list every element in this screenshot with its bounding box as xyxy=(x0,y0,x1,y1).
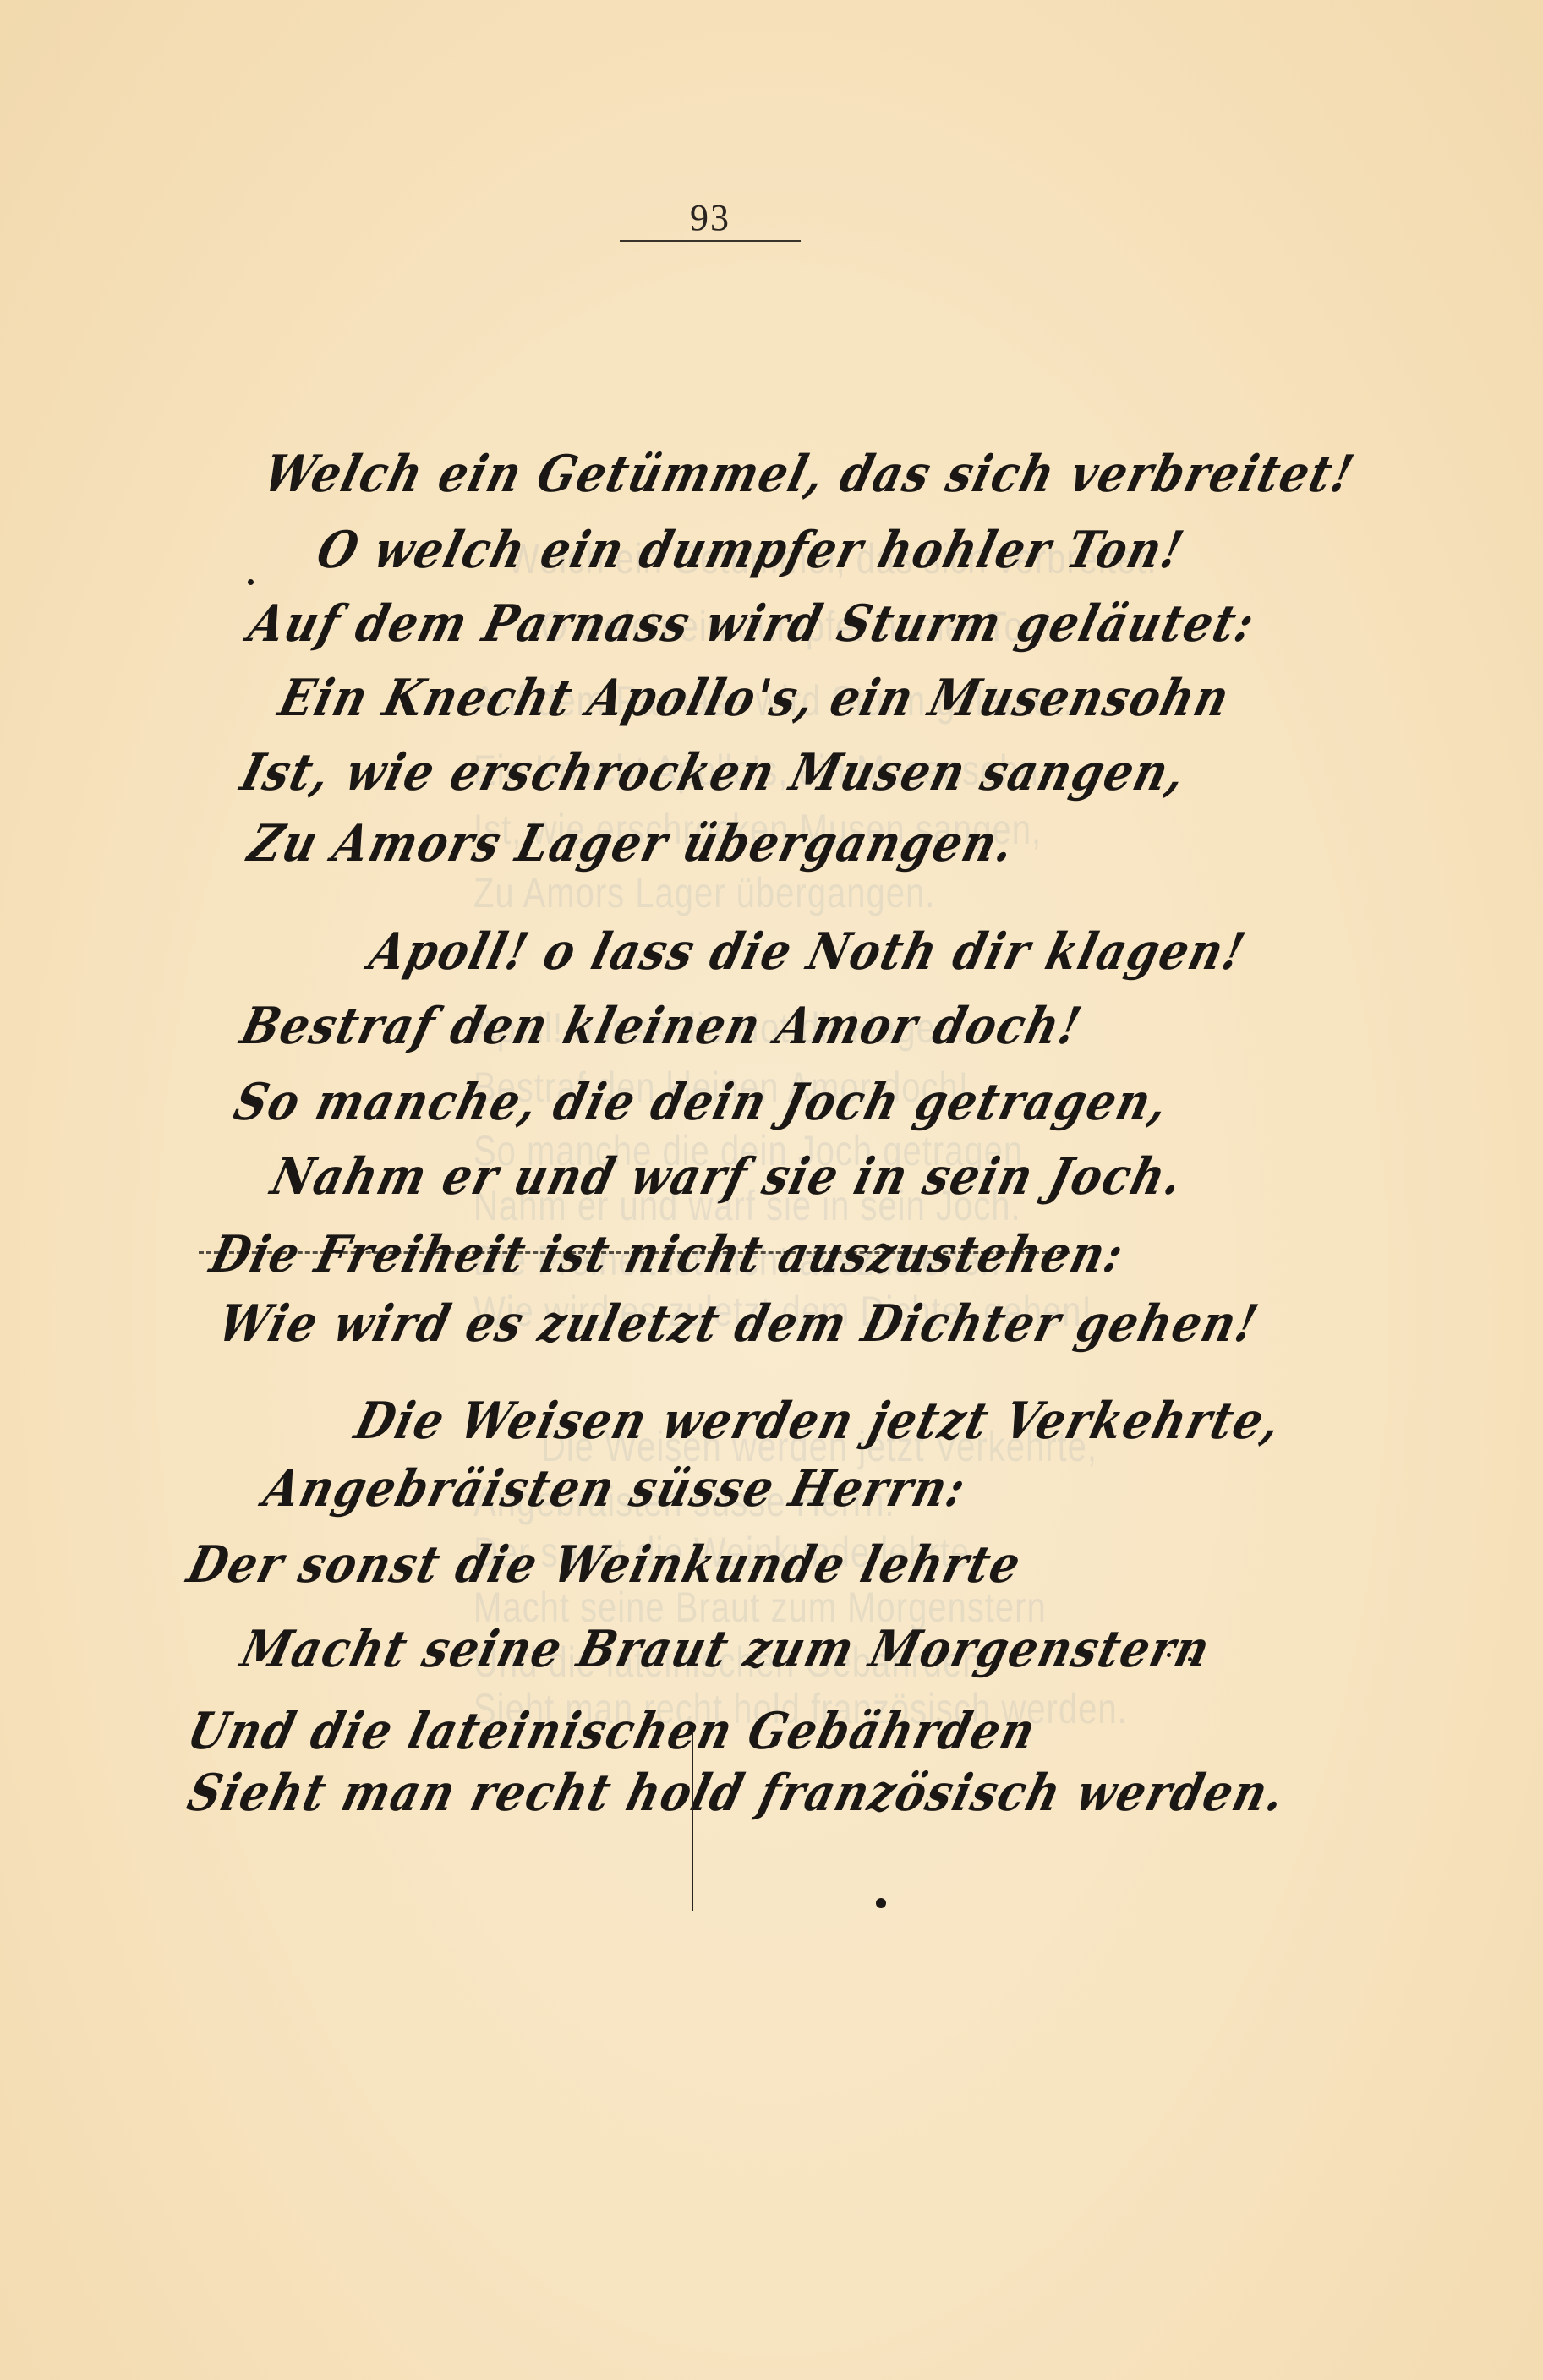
handwritten-line: Zu Amors Lager übergangen. xyxy=(243,814,1021,873)
handwritten-line: Sieht man recht hold französisch werden. xyxy=(182,1764,1292,1823)
handwritten-line: Ist, wie erschrocken Musen sangen, xyxy=(235,743,1193,802)
ink-dot xyxy=(1167,1653,1171,1657)
handwritten-line: Wie wird es zuletzt dem Dichter gehen! xyxy=(212,1294,1265,1354)
manuscript-page: 93 Welch ein Getümmel, das sich verbreit… xyxy=(0,0,1543,2380)
handwritten-line: Ein Knecht Apollo's, ein Musensohn xyxy=(273,669,1236,728)
handwritten-line: Die Freiheit ist nicht auszustehen: xyxy=(205,1225,1130,1284)
handwritten-line: Macht seine Braut zum Morgenstern xyxy=(235,1620,1217,1679)
handwritten-line: Bestraf den kleinen Amor doch! xyxy=(235,997,1088,1056)
handwritten-line: Welch ein Getümmel, das sich verbreitet! xyxy=(258,445,1360,504)
handwritten-line: Die Weisen werden jetzt Verkehrte, xyxy=(349,1392,1289,1451)
handwritten-line: O welch ein dumpfer hohler Ton! xyxy=(311,521,1190,580)
handwritten-line: Der sonst die Weinkunde lehrte xyxy=(182,1535,1028,1595)
handwritten-line: Und die lateinischen Gebährden xyxy=(182,1702,1042,1761)
header-rule xyxy=(620,240,801,242)
page-number: 93 xyxy=(620,196,801,239)
vertical-mark-line xyxy=(692,1733,693,1911)
ink-dot xyxy=(876,1898,886,1908)
bleed-through-line: Zu Amors Lager übergangen. xyxy=(473,870,935,917)
handwritten-line: So manche, die dein Joch getragen, xyxy=(228,1073,1175,1132)
ink-dot xyxy=(1188,1657,1192,1661)
handwritten-line: Apoll! o lass die Noth dir klagen! xyxy=(364,922,1252,982)
handwritten-line: Nahm er und warf sie in sein Joch. xyxy=(265,1147,1190,1206)
handwritten-line: Angebräisten süsse Herrn: xyxy=(258,1459,972,1518)
handwritten-line: Auf dem Parnass wird Sturm geläutet: xyxy=(243,594,1261,654)
ink-dot xyxy=(248,579,254,585)
